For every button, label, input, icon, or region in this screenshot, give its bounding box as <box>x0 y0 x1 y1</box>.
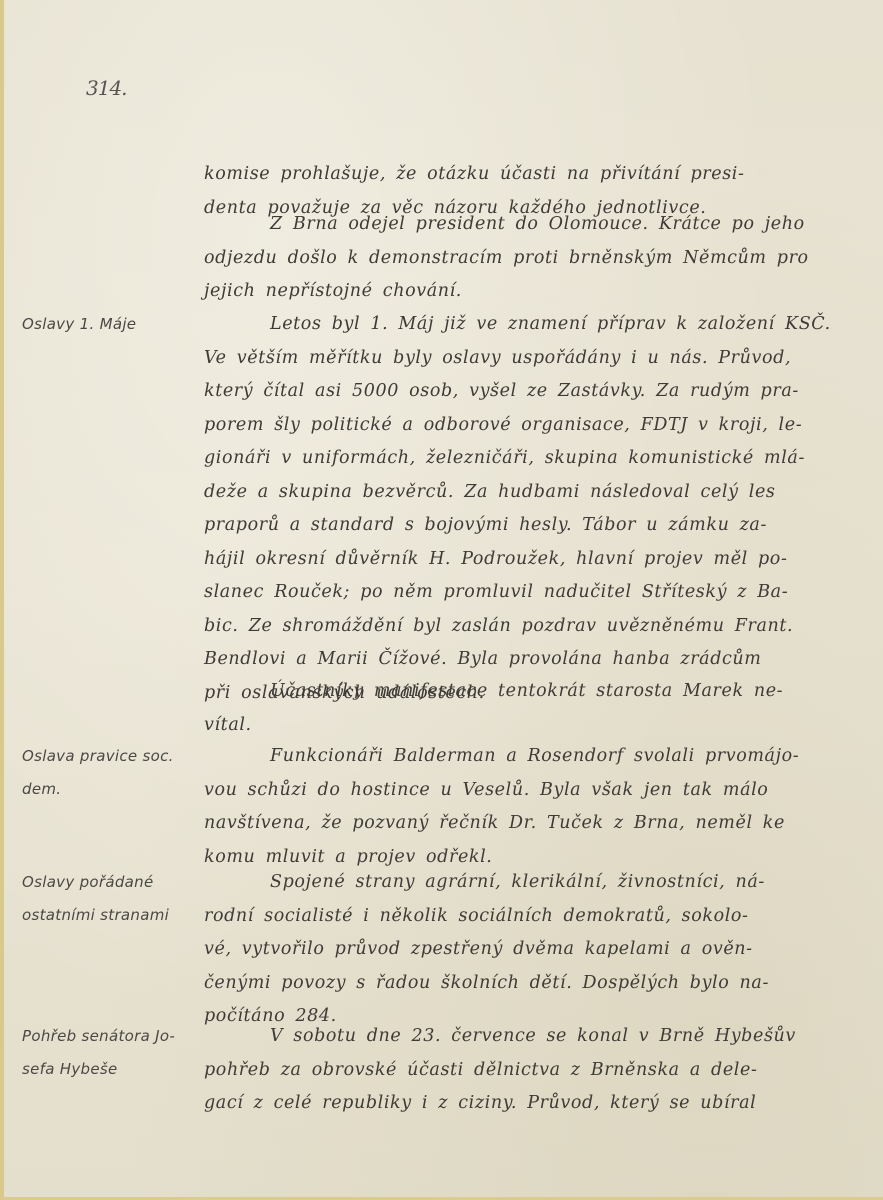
text-line: jejich nepřístojné chování. <box>204 275 864 309</box>
text-line: porem šly politické a odborové organisac… <box>204 409 864 443</box>
paragraph-mayor: Účastníky manifestace tentokrát starosta… <box>204 675 864 742</box>
paragraph-funeral: V sobotu dne 23. července se konal v Brn… <box>204 1020 864 1121</box>
text-line: Bendlovi a Marii Čížové. Byla provolána … <box>204 643 864 677</box>
text-line: Letos byl 1. Máj již ve znamení příprav … <box>204 308 864 342</box>
margin-heading-social-democrats: Oslava pravice soc. dem. <box>22 740 207 806</box>
text-line: navštívena, že pozvaný řečník Dr. Tuček … <box>204 807 864 841</box>
text-line: vé, vytvořilo průvod zpestřený dvěma kap… <box>204 933 864 967</box>
paragraph-other-parties: Spojené strany agrární, klerikální, živn… <box>204 866 864 1034</box>
text-line: pohřeb za obrovské účasti dělnictva z Br… <box>204 1054 864 1088</box>
text-line: Z Brna odejel president do Olomouce. Krá… <box>204 208 864 242</box>
margin-heading-may-day: Oslavy 1. Máje <box>22 308 207 341</box>
text-line: bic. Ze shromáždění byl zaslán pozdrav u… <box>204 610 864 644</box>
paragraph-may-day: Letos byl 1. Máj již ve znamení příprav … <box>204 308 864 710</box>
text-line: komise prohlašuje, že otázku účasti na p… <box>204 158 864 192</box>
text-line: který čítal asi 5000 osob, vyšel ze Zast… <box>204 375 864 409</box>
text-line: V sobotu dne 23. července se konal v Brn… <box>204 1020 864 1054</box>
text-line: Účastníky manifestace tentokrát starosta… <box>204 675 864 709</box>
text-line: Spojené strany agrární, klerikální, živn… <box>204 866 864 900</box>
text-line: hájil okresní důvěrník H. Podroužek, hla… <box>204 543 864 577</box>
text-line: rodní socialisté i několik sociálních de… <box>204 900 864 934</box>
text-line: Funkcionáři Balderman a Rosendorf svolal… <box>204 740 864 774</box>
text-line: deže a skupina bezvěrců. Za hudbami násl… <box>204 476 864 510</box>
chronicle-page: 314. komise prohlašuje, že otázku účasti… <box>0 0 883 1200</box>
text-line: vítal. <box>204 709 864 743</box>
text-line: gací z celé republiky i z ciziny. Průvod… <box>204 1087 864 1121</box>
paragraph-social-democrats: Funkcionáři Balderman a Rosendorf svolal… <box>204 740 864 874</box>
margin-heading-other-parties: Oslavy pořádané ostatními stranami <box>22 866 207 932</box>
text-line: Ve větším měřítku byly oslavy uspořádány… <box>204 342 864 376</box>
text-line: praporů a standard s bojovými hesly. Táb… <box>204 509 864 543</box>
page-number: 314. <box>86 76 127 100</box>
paragraph-president-departure: Z Brna odejel president do Olomouce. Krá… <box>204 208 864 309</box>
text-line: odjezdu došlo k demonstracím proti brněn… <box>204 242 864 276</box>
text-line: slanec Rouček; po něm promluvil nadučite… <box>204 576 864 610</box>
text-line: vou schůzi do hostince u Veselů. Byla vš… <box>204 774 864 808</box>
margin-heading-funeral: Pohřeb senátora Jo- sefa Hybeše <box>22 1020 207 1086</box>
text-line: čenými povozy s řadou školních dětí. Dos… <box>204 967 864 1001</box>
text-line: gionáři v uniformách, železničáři, skupi… <box>204 442 864 476</box>
